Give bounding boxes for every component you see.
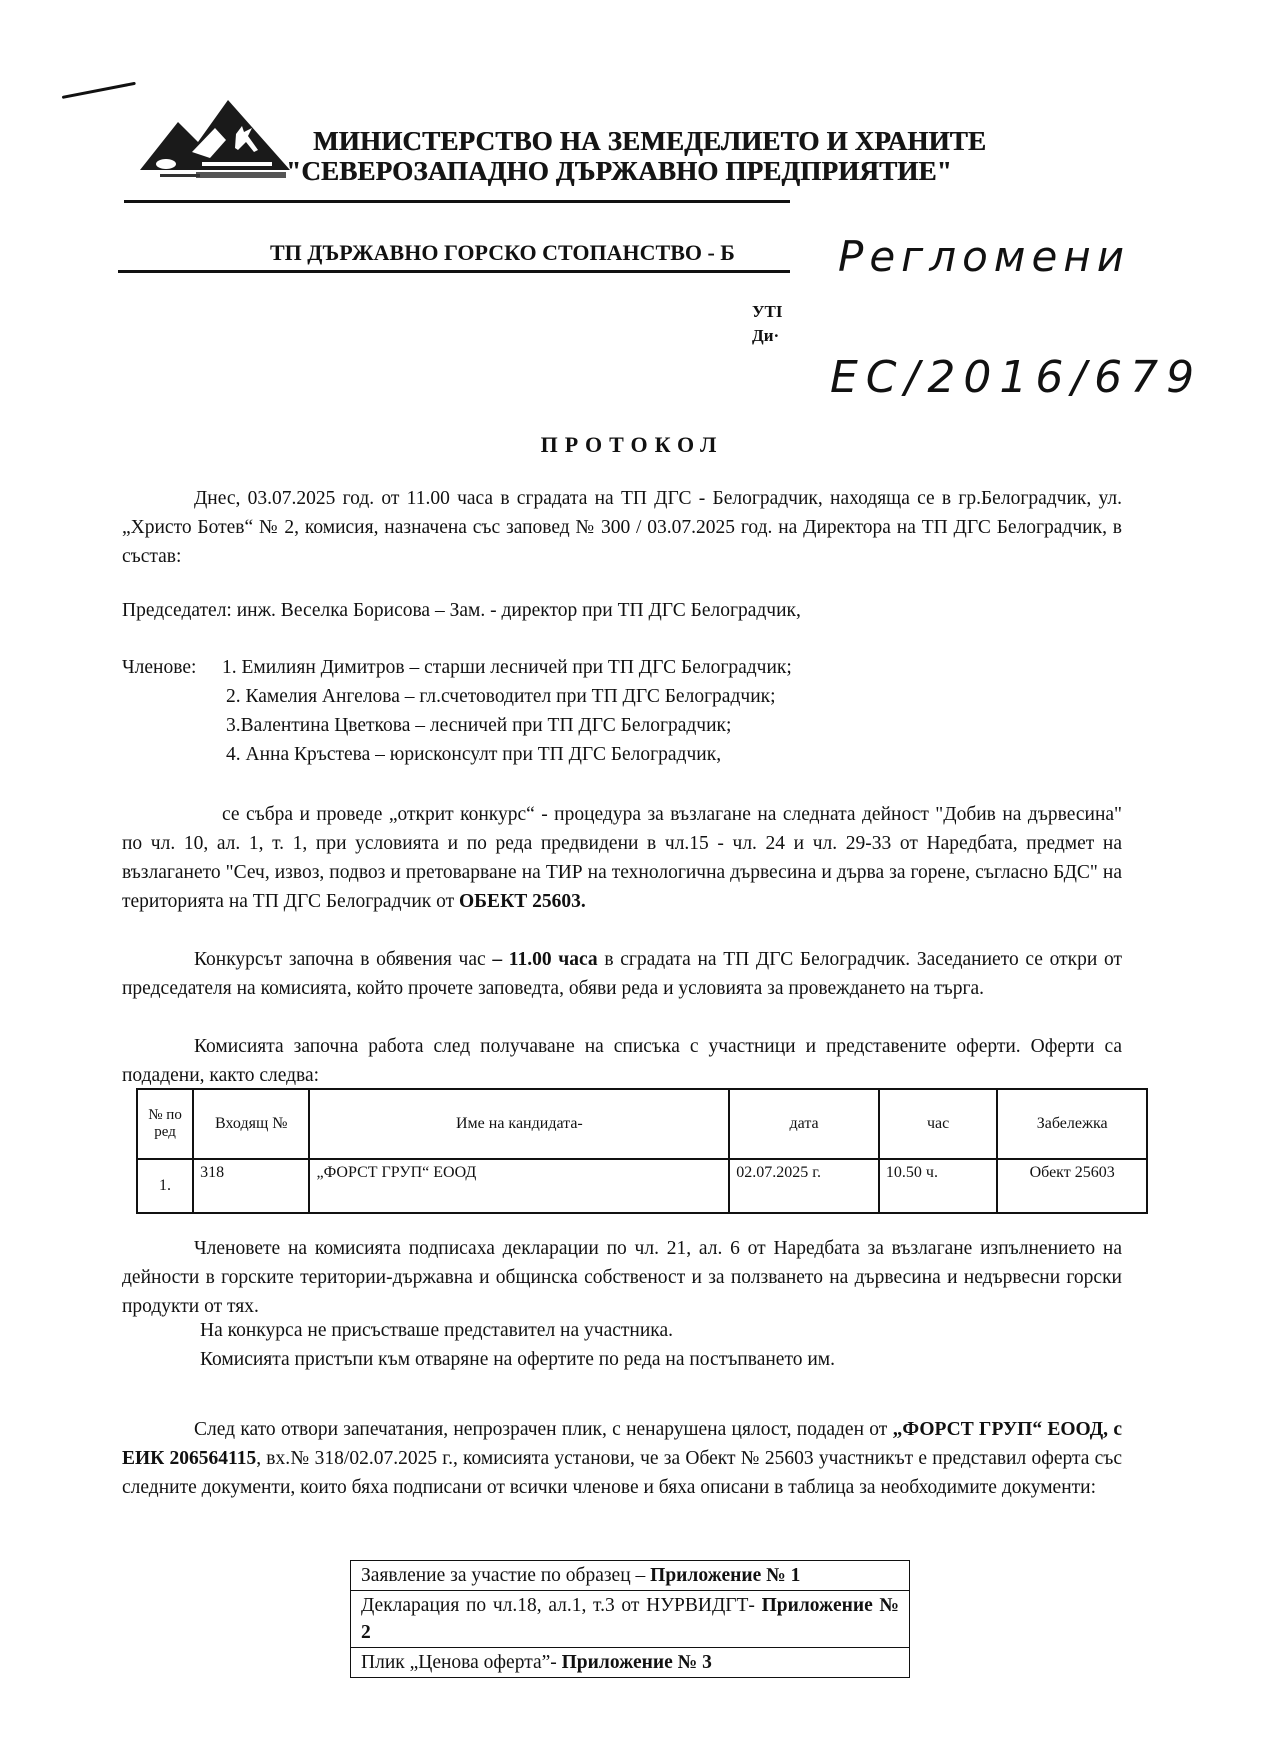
member-1: 1. Емилиян Димитров – старши лесничей пр… [222, 657, 792, 679]
approval-line-2: Ди· [752, 324, 782, 348]
doc-text: Декларация по чл.18, ал.1, т.3 от НУРВИД… [361, 1595, 762, 1616]
procedure-text: се събра и проведе „открит конкурс“ - пр… [122, 804, 1122, 912]
intro-paragraph: Днес, 03.07.2025 год. от 11.00 часа в сг… [122, 484, 1122, 571]
member-3: 3.Валентина Цветкова – лесничей при ТП Д… [226, 715, 731, 737]
col-header-time: час [879, 1089, 997, 1159]
offers-table-header: № по ред Входящ № Име на кандидата- дата… [137, 1089, 1147, 1159]
cell-date: 02.07.2025 г. [729, 1159, 879, 1213]
envelope-text-rest: , вх.№ 318/02.07.2025 г., комисията уста… [122, 1448, 1122, 1498]
table-row: Плик „Ценова оферта”- Приложение № 3 [351, 1648, 910, 1678]
approval-stamp: УТІ Ди· [752, 300, 782, 348]
approval-line-1: УТІ [752, 300, 782, 324]
doc-cell-2: Декларация по чл.18, ал.1, т.3 от НУРВИД… [351, 1591, 910, 1648]
chairman-line: Председател: инж. Веселка Борисова – Зам… [122, 600, 801, 622]
col-header-incoming: Входящ № [193, 1089, 309, 1159]
doc-cell-3: Плик „Ценова оферта”- Приложение № 3 [351, 1648, 910, 1678]
table-row: 1. 318 „ФОРСТ ГРУП“ ЕООД 02.07.2025 г. 1… [137, 1159, 1147, 1213]
header-divider [124, 200, 790, 203]
cell-seq: 1. [137, 1159, 193, 1213]
enterprise-heading: "СЕВЕРОЗАПАДНО ДЪРЖАВНО ПРЕДПРИЯТИЕ" [286, 156, 952, 187]
procedure-object: ОБЕКТ 25603. [459, 891, 586, 912]
cell-time: 10.50 ч. [879, 1159, 997, 1213]
envelope-text: След като отвори запечатания, непрозраче… [194, 1419, 893, 1440]
mountain-deer-logo-icon [140, 100, 290, 190]
member-4: 4. Анна Кръстева – юрисконсулт при ТП ДГ… [226, 744, 721, 766]
cell-note: Обект 25603 [997, 1159, 1147, 1213]
declarations-paragraph: Членовете на комисията подписаха деклара… [122, 1234, 1122, 1321]
doc-text: Заявление за участие по образец – [361, 1565, 650, 1586]
unit-heading: ТП ДЪРЖАВНО ГОРСКО СТОПАНСТВО - Б [270, 240, 735, 266]
start-paragraph: Конкурсът започна в обявения час – 11.00… [122, 945, 1122, 1003]
pen-stroke-mark [62, 82, 136, 99]
doc-cell-1: Заявление за участие по образец – Прилож… [351, 1561, 910, 1591]
cell-candidate: „ФОРСТ ГРУП“ ЕООД [309, 1159, 729, 1213]
col-header-candidate: Име на кандидата- [309, 1089, 729, 1159]
opening-line: Комисията пристъпи към отваряне на оферт… [200, 1349, 835, 1371]
work-paragraph: Комисията започна работа след получаване… [122, 1032, 1122, 1090]
offers-table: № по ред Входящ № Име на кандидата- дата… [136, 1088, 1148, 1214]
start-text: Конкурсът започна в обявения час [194, 949, 492, 970]
unit-divider [118, 270, 790, 273]
envelope-paragraph: След като отвори запечатания, непрозраче… [122, 1415, 1122, 1502]
no-representative-line: На конкурса не присъстваше представител … [200, 1320, 673, 1342]
documents-table: Заявление за участие по образец – Прилож… [350, 1560, 910, 1678]
table-row: Декларация по чл.18, ал.1, т.3 от НУРВИД… [351, 1591, 910, 1648]
doc-text: Плик „Ценова оферта”- [361, 1652, 562, 1673]
col-header-note: Забележка [997, 1089, 1147, 1159]
handwritten-note-line-1: Регломени [838, 232, 1130, 281]
start-time: – 11.00 часа [492, 949, 597, 970]
col-header-date: дата [729, 1089, 879, 1159]
cell-incoming: 318 [193, 1159, 309, 1213]
doc-annex: Приложение № 1 [650, 1565, 800, 1586]
doc-annex: Приложение № 3 [562, 1652, 712, 1673]
document-title: ПРОТОКОЛ [0, 432, 1264, 458]
member-2: 2. Камелия Ангелова – гл.счетоводител пр… [226, 686, 776, 708]
members-label: Членове: [122, 657, 196, 679]
ministry-heading: МИНИСТЕРСТВО НА ЗЕМЕДЕЛИЕТО И ХРАНИТЕ [313, 126, 986, 157]
col-header-seq: № по ред [137, 1089, 193, 1159]
procedure-paragraph: се събра и проведе „открит конкурс“ - пр… [122, 800, 1122, 916]
handwritten-note-line-2: ЕС/2016/679 [830, 352, 1202, 403]
table-row: Заявление за участие по образец – Прилож… [351, 1561, 910, 1591]
